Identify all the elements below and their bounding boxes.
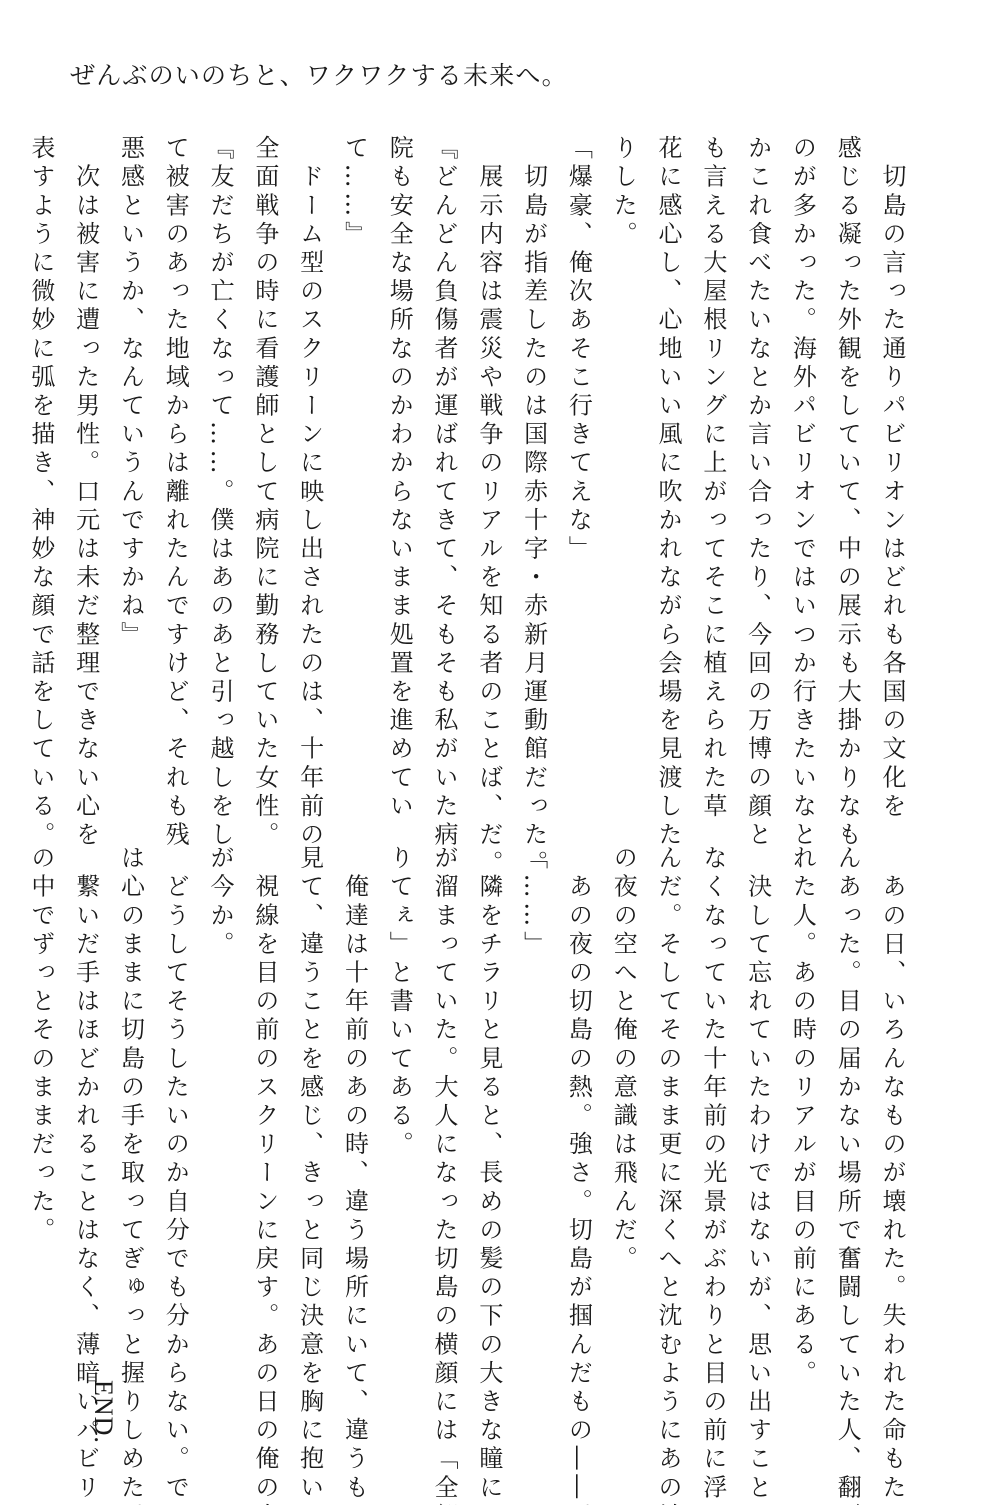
story-text-top: 切島の言った通りパビリオンはどれも各国の文化を 感じる凝った外観をしていて、中の… — [18, 135, 914, 745]
text-column: て……』 — [332, 135, 377, 745]
text-column: 視線を目の前のスクリーンに戻す。あの日の俺の未来 — [242, 845, 287, 1455]
text-column: 感じる凝った外観をしていて、中の展示も大掛かりなも — [824, 135, 869, 745]
text-column: 決して忘れていたわけではないが、思い出すことも少 — [735, 845, 780, 1455]
text-column: りてぇ」と書いてある。 — [376, 845, 421, 1455]
text-column: が溜まっていた。大人になった切島の横顔には「全部守 — [421, 845, 466, 1455]
page-header-title: ぜんぶのいのちと、ワクワクする未来へ。 — [70, 60, 568, 92]
text-column: が今か。 — [197, 845, 242, 1455]
text-column: 『どんどん負傷者が運ばれてきて、そもそも私がいた病 — [421, 135, 466, 745]
text-column: どうしてそうしたいのか自分でも分からない。でも俺 — [152, 845, 197, 1455]
text-column: 切島の言った通りパビリオンはどれも各国の文化を — [869, 135, 914, 745]
text-column: 展示内容は震災や戦争のリアルを知る者のことば、だ。 — [466, 135, 511, 745]
text-column: も言える大屋根リングに上がってそこに植えられた草 — [690, 135, 735, 745]
text-column: 隣をチラリと見ると、長めの髪の下の大きな瞳には涙 — [466, 845, 511, 1455]
text-column: んだ。そしてそのまま更に深くへと沈むようにあの神野 — [645, 845, 690, 1455]
text-column: の夜の空へと俺の意識は飛んだ。 — [600, 845, 645, 1455]
text-column: あの夜の切島の熱。強さ。切島が掴んだもの――。 — [556, 845, 601, 1455]
text-column: かこれ食べたいなとか言い合ったり、今回の万博の顔と — [735, 135, 780, 745]
text-column: て被害のあった地域からは離れたんですけど、それも残 — [152, 135, 197, 745]
text-column: なくなっていた十年前の光景がぶわりと目の前に浮か — [690, 845, 735, 1455]
text-column: のが多かった。海外パビリオンではいつか行きたいなと — [780, 135, 825, 745]
text-column: 「爆豪、俺次あそこ行きてえな」 — [556, 135, 601, 745]
text-column: ドーム型のスクリーンに映し出されたのは、十年前の — [287, 135, 332, 745]
text-column: 全面戦争の時に看護師として病院に勤務していた女性。 — [242, 135, 287, 745]
text-column: んあった。目の届かない場所で奮闘していた人、翻弄さ — [824, 845, 869, 1455]
text-column: 「……」 — [511, 845, 556, 1455]
text-column: れた人。あの時のリアルが目の前にある。 — [780, 845, 825, 1455]
end-mark: END. — [88, 1380, 118, 1444]
text-column: 俺達は十年前のあの時、違う場所にいて、違うものを — [332, 845, 377, 1455]
text-column: の中でずっとそのままだった。 — [18, 845, 63, 1455]
text-column: 切島が指差したのは国際赤十字・赤新月運動館だった。 — [511, 135, 556, 745]
text-column: 見て、違うことを感じ、きっと同じ決意を胸に抱いた。 — [287, 845, 332, 1455]
story-text-bottom: あの日、いろんなものが壊れた。失われた命もたくさ んあった。目の届かない場所で奮… — [18, 845, 914, 1455]
text-column: 花に感心し、心地いい風に吹かれながら会場を見渡した — [645, 135, 690, 745]
text-column: 次は被害に遭った男性。口元は未だ整理できない心を — [63, 135, 108, 745]
text-column: りした。 — [600, 135, 645, 745]
text-column: は心のままに切島の手を取ってぎゅっと握りしめた。 — [108, 845, 153, 1455]
text-column: 院も安全な場所なのかわからないまま処置を進めてい — [376, 135, 421, 745]
text-column: 表すように微妙に弧を描き、神妙な顔で話をしている。 — [18, 135, 63, 745]
text-column: あの日、いろんなものが壊れた。失われた命もたくさ — [869, 845, 914, 1455]
text-column: 悪感というか、なんていうんですかね』 — [108, 135, 153, 745]
text-column: 繋いだ手はほどかれることはなく、薄暗いパビリオン — [63, 845, 108, 1455]
text-column: 『友だちが亡くなって……。僕はあのあと引っ越しをし — [197, 135, 242, 745]
